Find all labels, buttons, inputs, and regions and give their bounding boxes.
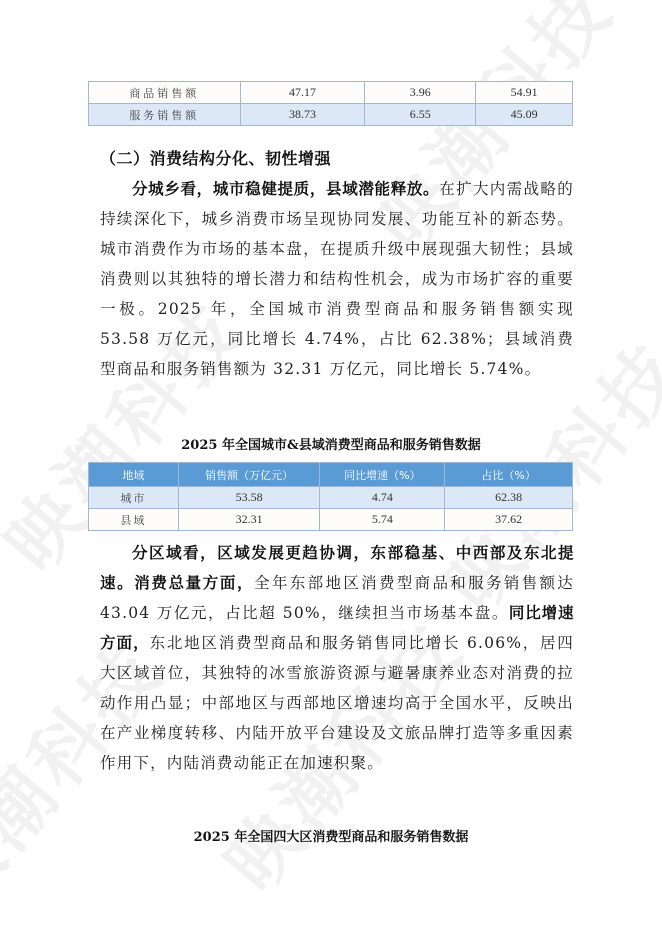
table-caption: 2025 年全国城市&县域消费型商品和服务销售数据	[0, 434, 662, 453]
row-label: 商品销售额	[89, 82, 241, 104]
column-header: 同比增速（%）	[320, 463, 445, 487]
cell-value: 47.17	[240, 82, 365, 104]
document-page: 映潮科技 映潮科技 映潮科技 映潮科技 映潮科技 商品销售额 47.17 3.9…	[0, 0, 662, 936]
table-caption: 2025 年全国四大区消费型商品和服务销售数据	[0, 826, 662, 845]
row-label: 服务销售额	[89, 104, 241, 126]
column-header: 销售额（万亿元）	[178, 463, 320, 487]
cell-value: 6.55	[365, 104, 476, 126]
section-heading: （二）消费结构分化、韧性增强	[100, 146, 331, 169]
lead-sentence: 分城乡看，城市稳健提质，县域潜能释放。	[132, 180, 439, 198]
cell-value: 45.09	[476, 104, 573, 126]
paragraph-body: 在扩大内需战略的持续深化下，城乡消费市场呈现协同发展、功能互补的新态势。城市消费…	[100, 180, 574, 378]
paragraph-body: 东北地区消费型商品和服务销售同比增长 6.06%，居四大区域首位，其独特的冰雪旅…	[100, 634, 574, 772]
column-header: 占比（%）	[445, 463, 573, 487]
share-cell: 37.62	[445, 509, 573, 531]
table-row: 县域 32.31 5.74 37.62	[89, 509, 573, 531]
growth-cell: 5.74	[320, 509, 445, 531]
table-row: 商品销售额 47.17 3.96 54.91	[89, 82, 573, 104]
table-header-row: 地域 销售额（万亿元） 同比增速（%） 占比（%）	[89, 463, 573, 487]
region-cell: 县域	[89, 509, 179, 531]
table-row: 服务销售额 38.73 6.55 45.09	[89, 104, 573, 126]
sales-cell: 53.58	[178, 487, 320, 509]
growth-cell: 4.74	[320, 487, 445, 509]
cell-value: 38.73	[240, 104, 365, 126]
sales-cell: 32.31	[178, 509, 320, 531]
share-cell: 62.38	[445, 487, 573, 509]
cell-value: 54.91	[476, 82, 573, 104]
urban-county-sales-table: 地域 销售额（万亿元） 同比增速（%） 占比（%） 城市 53.58 4.74 …	[88, 462, 573, 531]
region-cell: 城市	[89, 487, 179, 509]
goods-services-share-table: 商品销售额 47.17 3.96 54.91 服务销售额 38.73 6.55 …	[88, 81, 573, 126]
table-row: 城市 53.58 4.74 62.38	[89, 487, 573, 509]
paragraph-regional: 分区域看，区域发展更趋协调，东部稳基、中西部及东北提速。消费总量方面，全年东部地…	[100, 538, 574, 778]
column-header: 地域	[89, 463, 179, 487]
paragraph-urban-rural: 分城乡看，城市稳健提质，县域潜能释放。在扩大内需战略的持续深化下，城乡消费市场呈…	[100, 174, 574, 384]
subtopic-label: 消费总量方面，	[134, 574, 254, 592]
cell-value: 3.96	[365, 82, 476, 104]
